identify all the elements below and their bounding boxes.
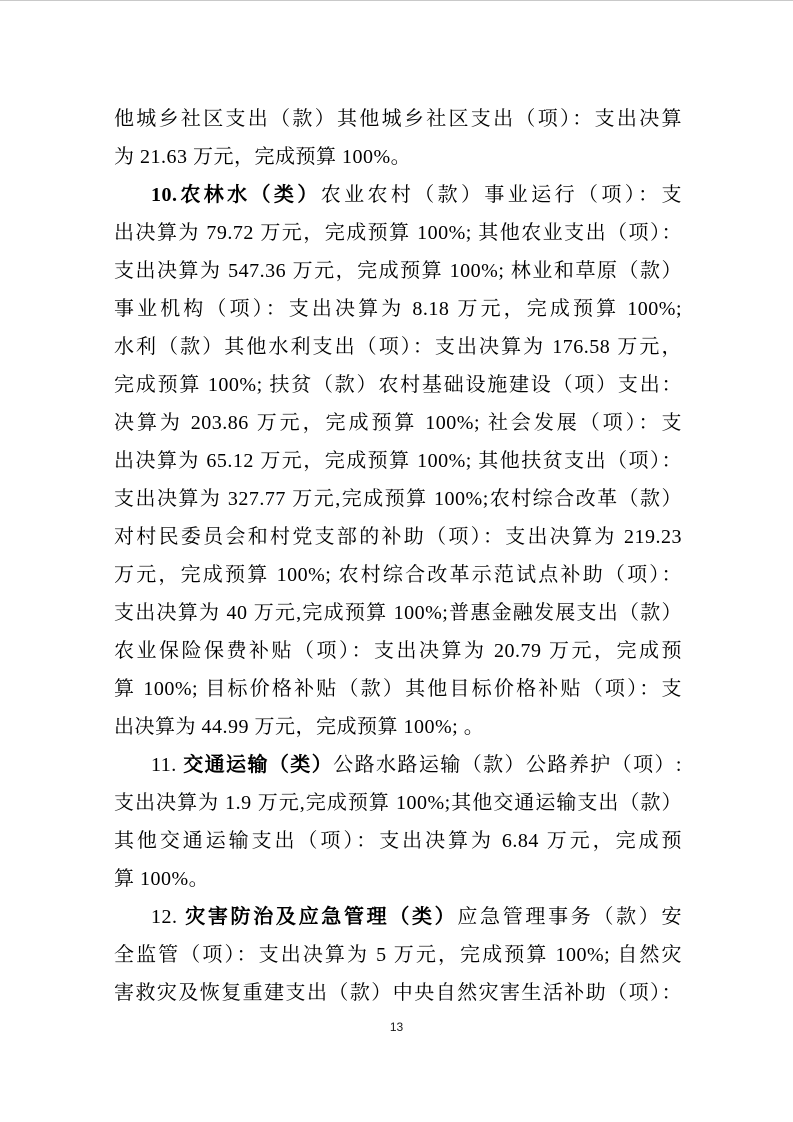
- page-top-edge: [0, 0, 793, 1]
- body-text: 其他交通运输支出（项）：支出决算为 6.84 万元，完成预: [114, 830, 682, 852]
- body-text: 完成预算 100%; 扶贫（款）农村基础设施建设（项）支出：: [114, 374, 682, 396]
- text-line: 出决算为 79.72 万元，完成预算 100%; 其他农业支出（项）：: [114, 214, 682, 252]
- body-text: 应急管理事务（款）安: [457, 906, 682, 928]
- text-line: 对村民委员会和村党支部的补助（项）：支出决算为 219.23: [114, 518, 682, 556]
- text-line: 害救灾及恢复重建支出（款）中央自然灾害生活补助（项）：: [114, 974, 682, 1012]
- body-text: 对村民委员会和村党支部的补助（项）：支出决算为 219.23: [114, 526, 682, 548]
- page-number: 13: [0, 1020, 793, 1034]
- text-line: 万元，完成预算 100%; 农村综合改革示范试点补助（项）：: [114, 556, 682, 594]
- text-line: 其他交通运输支出（项）：支出决算为 6.84 万元，完成预: [114, 822, 682, 860]
- text-line: 10.农林水（类）农业农村（款）事业运行（项）：支: [114, 176, 682, 214]
- body-text: 害救灾及恢复重建支出（款）中央自然灾害生活补助（项）：: [114, 982, 682, 1004]
- body-text: 公路水路运输（款）公路养护（项）:: [333, 754, 682, 776]
- text-line: 完成预算 100%; 扶贫（款）农村基础设施建设（项）支出：: [114, 366, 682, 404]
- body-text: 支出决算为 327.77 万元,完成预算 100%;农村综合改革（款）: [114, 488, 682, 510]
- text-line: 出决算为 44.99 万元，完成预算 100%; 。: [114, 708, 682, 746]
- body-text: 出决算为 65.12 万元，完成预算 100%; 其他扶贫支出（项）：: [114, 450, 682, 472]
- section-heading-text: 交通运输（类）: [183, 754, 333, 776]
- body-text: 12.: [151, 906, 185, 928]
- text-line: 算 100%。: [114, 860, 682, 898]
- body-text: 决算为 203.86 万元，完成预算 100%; 社会发展（项）：支: [114, 412, 682, 434]
- body-text: 算 100%; 目标价格补贴（款）其他目标价格补贴（项）：支: [114, 678, 682, 700]
- body-text: 出决算为 79.72 万元，完成预算 100%; 其他农业支出（项）：: [114, 222, 682, 244]
- document-text: 他城乡社区支出（款）其他城乡社区支出（项）：支出决算为 21.63 万元，完成预…: [114, 100, 682, 1012]
- body-text: 支出决算为 40 万元,完成预算 100%;普惠金融发展支出（款）: [114, 602, 682, 624]
- document-page: 他城乡社区支出（款）其他城乡社区支出（项）：支出决算为 21.63 万元，完成预…: [0, 0, 793, 1122]
- body-text: 农业保险保费补贴（项）：支出决算为 20.79 万元，完成预: [114, 640, 682, 662]
- body-text: 出决算为 44.99 万元，完成预算 100%; 。: [114, 716, 484, 738]
- text-line: 全监管（项）：支出决算为 5 万元，完成预算 100%; 自然灾: [114, 936, 682, 974]
- body-text: 万元，完成预算 100%; 农村综合改革示范试点补助（项）：: [114, 564, 682, 586]
- body-text: 支出决算为 547.36 万元，完成预算 100%; 林业和草原（款）: [114, 260, 682, 282]
- text-line: 支出决算为 1.9 万元,完成预算 100%;其他交通运输支出（款）: [114, 784, 682, 822]
- text-line: 水利（款）其他水利支出（项）：支出决算为 176.58 万元，: [114, 328, 682, 366]
- body-text: 支出决算为 1.9 万元,完成预算 100%;其他交通运输支出（款）: [114, 792, 682, 814]
- section-heading-text: 灾害防治及应急管理（类）: [185, 906, 457, 928]
- body-text: 水利（款）其他水利支出（项）：支出决算为 176.58 万元，: [114, 336, 682, 358]
- body-text: 他城乡社区支出（款）其他城乡社区支出（项）：支出决算: [114, 108, 682, 130]
- text-line: 支出决算为 40 万元,完成预算 100%;普惠金融发展支出（款）: [114, 594, 682, 632]
- text-line: 支出决算为 547.36 万元，完成预算 100%; 林业和草原（款）: [114, 252, 682, 290]
- body-text: 为 21.63 万元，完成预算 100%。: [114, 146, 411, 168]
- body-text: 算 100%。: [114, 868, 209, 890]
- text-line: 11. 交通运输（类）公路水路运输（款）公路养护（项）:: [114, 746, 682, 784]
- body-text: 农业农村（款）事业运行（项）：支: [321, 184, 682, 206]
- text-line: 农业保险保费补贴（项）：支出决算为 20.79 万元，完成预: [114, 632, 682, 670]
- section-heading-text: 10.农林水（类）: [151, 184, 321, 206]
- body-text: 11.: [151, 754, 183, 776]
- body-text: 事业机构（项）：支出决算为 8.18 万元，完成预算 100%;: [114, 298, 682, 320]
- body-text: 全监管（项）：支出决算为 5 万元，完成预算 100%; 自然灾: [114, 944, 682, 966]
- text-line: 决算为 203.86 万元，完成预算 100%; 社会发展（项）：支: [114, 404, 682, 442]
- text-line: 出决算为 65.12 万元，完成预算 100%; 其他扶贫支出（项）：: [114, 442, 682, 480]
- text-line: 12. 灾害防治及应急管理（类）应急管理事务（款）安: [114, 898, 682, 936]
- text-line: 算 100%; 目标价格补贴（款）其他目标价格补贴（项）：支: [114, 670, 682, 708]
- text-line: 为 21.63 万元，完成预算 100%。: [114, 138, 682, 176]
- text-line: 他城乡社区支出（款）其他城乡社区支出（项）：支出决算: [114, 100, 682, 138]
- text-line: 支出决算为 327.77 万元,完成预算 100%;农村综合改革（款）: [114, 480, 682, 518]
- text-line: 事业机构（项）：支出决算为 8.18 万元，完成预算 100%;: [114, 290, 682, 328]
